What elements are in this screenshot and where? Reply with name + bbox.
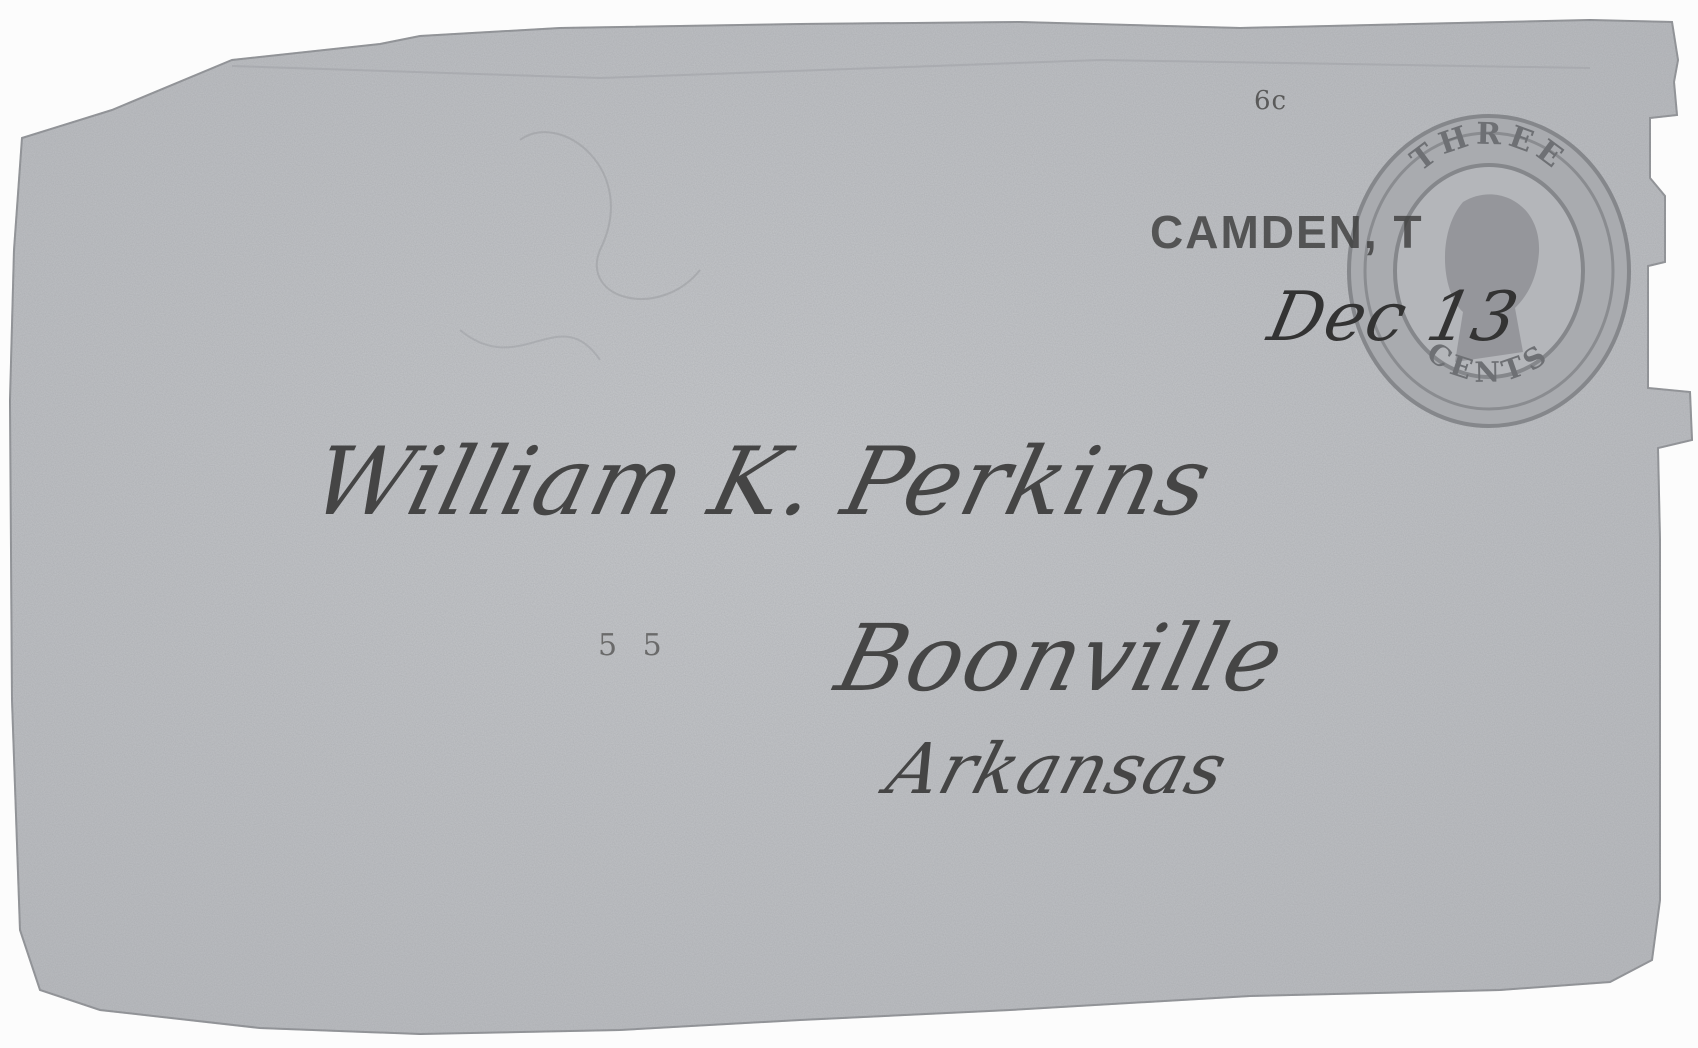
envelope-scan-page: THREE CENTS CAMDEN, T Dec 13 6c 5 5 Will… [0,0,1698,1048]
address-name: William K. Perkins [301,428,1222,537]
postmark-date: Dec 13 [1262,278,1526,357]
address-state: Arkansas [878,728,1236,810]
embossed-portrait-stamp-icon: THREE CENTS [1345,112,1633,430]
pencil-note-top: 6c [1254,86,1287,116]
pencil-note-rate: 5 5 [598,628,670,663]
three-cent-stamp: THREE CENTS [1345,112,1633,430]
address-city: Boonville [827,605,1295,712]
postmark-town: CAMDEN, T [1150,205,1424,259]
